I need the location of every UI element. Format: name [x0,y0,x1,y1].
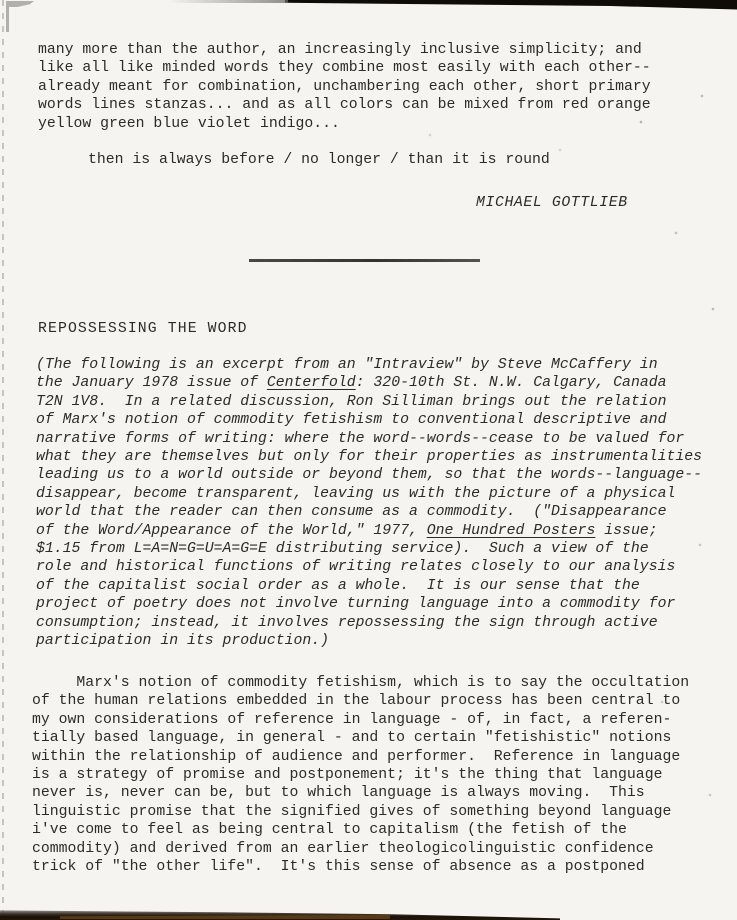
text-line: already meant for combination, unchamber… [38,78,651,96]
text-line: Marx's notion of commodity fetishism, wh… [32,674,689,692]
text-line: linguistic promise that the signified gi… [32,803,689,821]
text-line: yellow green blue violet indigo... [38,115,651,133]
text-line: within the relationship of audience and … [32,748,689,766]
scan-artifact-corner-mark [6,1,34,7]
scan-artifact-left-edge [2,0,4,920]
text-line: of the Word/Appearance of the World," 19… [36,522,702,540]
text-line: role and historical functions of writing… [36,558,702,576]
text-line: commodity) and derived from an earlier t… [32,840,689,858]
poem-refrain-line: then is always before / no longer / than… [88,151,550,169]
text-line: project of poetry does not involve turni… [36,595,702,613]
poem-paragraph: many more than the author, an increasing… [38,41,651,133]
text-line: of the human relations embedded in the l… [32,692,689,710]
text-line: $1.15 from L=A=N=G=U=A=G=E distributing … [36,540,702,558]
text-line: of Marx's notion of commodity fetishism … [36,411,702,429]
article-body: Marx's notion of commodity fetishism, wh… [32,674,689,876]
article-title: REPOSSESSING THE WORD [38,320,248,338]
scan-artifact-top-band-fade [168,0,288,3]
text-line: world that the reader can then consume a… [36,503,702,521]
text-line: participation in its production.) [36,632,702,650]
text-line: the January 1978 issue of Centerfold: 32… [36,374,702,392]
text-line: (The following is an excerpt from an "In… [36,356,702,374]
text-line: disappear, become transparent, leaving u… [36,485,702,503]
text-line: i've come to feel as being central to ca… [32,821,689,839]
text-line: like all like minded words they combine … [38,59,651,77]
scanned-page: { "document": { "poem_fragment": { "line… [0,0,737,920]
text-line: of the capitalist social order as a whol… [36,577,702,595]
text-line: what they are themselves but only for th… [36,448,702,466]
text-line: trick of "the other life". It's this sen… [32,858,689,876]
text-line: narrative forms of writing: where the wo… [36,430,702,448]
text-line: is a strategy of promise and postponemen… [32,766,689,784]
editorial-note: (The following is an excerpt from an "In… [36,356,702,651]
text-line: never is, never can be, but to which lan… [32,784,689,802]
text-line: many more than the author, an increasing… [38,41,651,59]
text-line: T2N 1V8. In a related discussion, Ron Si… [36,393,702,411]
text-line: leading us to a world outside or beyond … [36,466,702,484]
scan-artifact-top-band [285,0,737,10]
text-line: words lines stanzas... and as all colors… [38,96,651,114]
text-line: consumption; instead, it involves reposs… [36,614,702,632]
text-line: tially based language, in general - and … [32,729,689,747]
section-divider [249,259,480,262]
author-credit: MICHAEL GOTTLIEB [476,194,628,212]
text-line: my own considerations of reference in la… [32,711,689,729]
